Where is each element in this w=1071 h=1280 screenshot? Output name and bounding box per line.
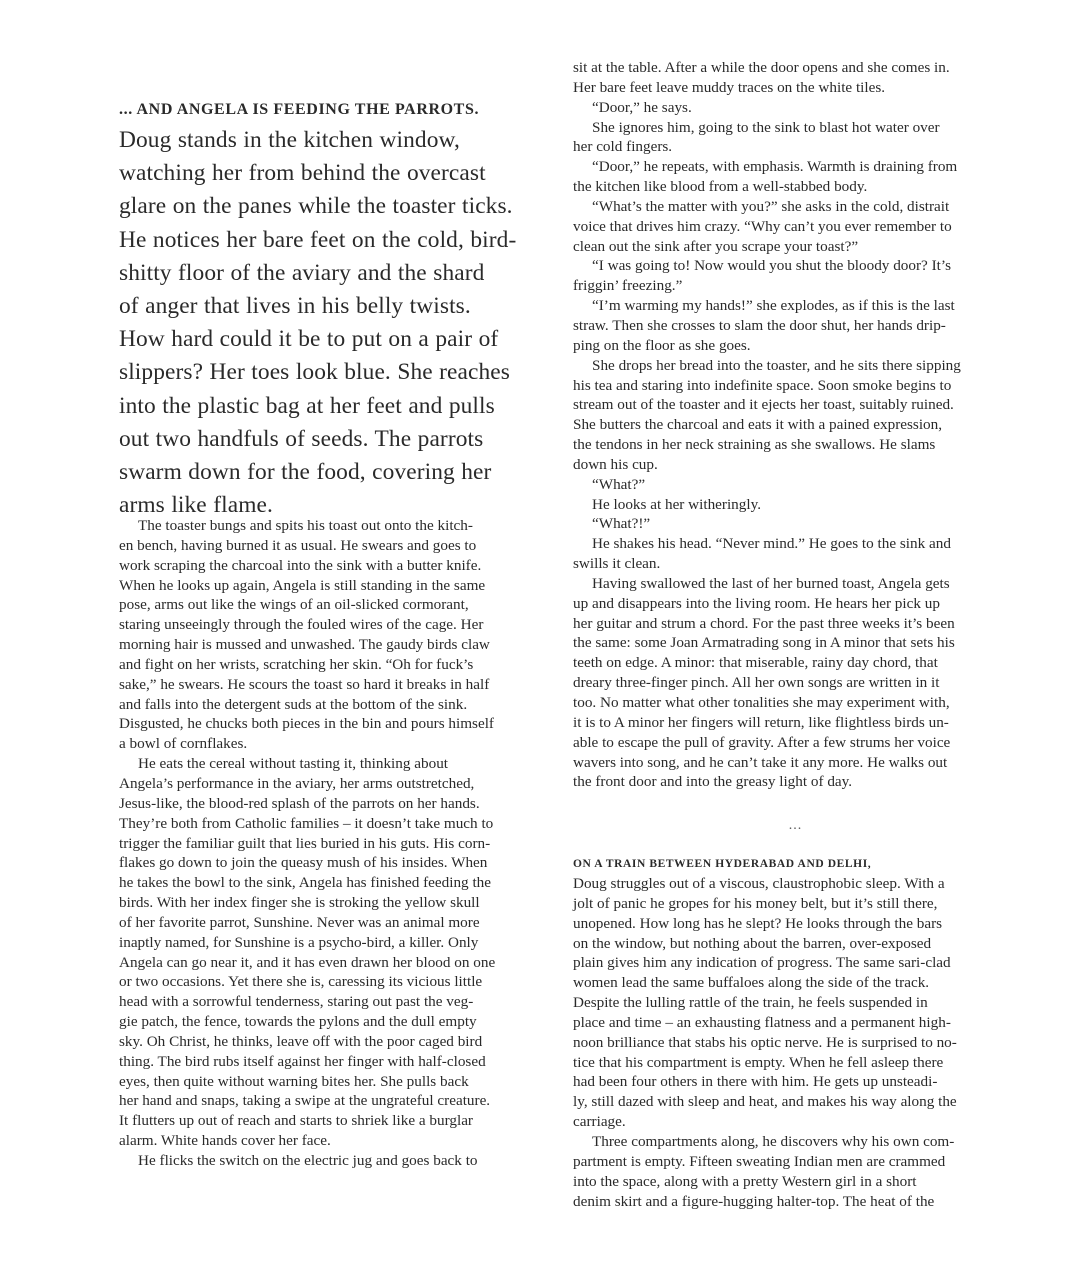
- text-line: Three compartments along, he discovers w…: [573, 1132, 1018, 1152]
- text-line: “What’s the matter with you?” she asks i…: [573, 197, 1018, 217]
- paragraph: “What?!”: [573, 514, 1018, 534]
- text-line: noon brilliance that stabs his optic ner…: [573, 1033, 1018, 1053]
- paragraph: “I was going to! Now would you shut the …: [573, 256, 1018, 296]
- text-line: unopened. How long has he slept? He look…: [573, 914, 1018, 934]
- intro-line: watching her from behind the overcast: [119, 157, 549, 190]
- text-line: They’re both from Catholic families – it…: [119, 814, 549, 834]
- intro-line: Doug stands in the kitchen window,: [119, 124, 549, 157]
- text-line: gie patch, the fence, towards the pylons…: [119, 1012, 549, 1032]
- text-line: sake,” he swears. He scours the toast so…: [119, 675, 549, 695]
- paragraph: Having swallowed the last of her burned …: [573, 574, 1018, 792]
- text-line: a bowl of cornflakes.: [119, 734, 549, 754]
- text-line: work scraping the charcoal into the sink…: [119, 556, 549, 576]
- text-line: Disgusted, he chucks both pieces in the …: [119, 714, 549, 734]
- section-body-text: Doug struggles out of a viscous, claustr…: [573, 874, 1018, 1211]
- text-line: morning hair is mussed and unwashed. The…: [119, 635, 549, 655]
- text-line: her hand and snaps, taking a swipe at th…: [119, 1091, 549, 1111]
- text-line: ly, still dazed with sleep and heat, and…: [573, 1092, 1018, 1112]
- text-line: sit at the table. After a while the door…: [573, 58, 1018, 78]
- text-line: carriage.: [573, 1112, 1018, 1132]
- intro-line: slippers? Her toes look blue. She reache…: [119, 356, 549, 389]
- text-line: eyes, then quite without warning bites h…: [119, 1072, 549, 1092]
- text-line: women lead the same buffaloes along the …: [573, 973, 1018, 993]
- text-line: “What?”: [573, 475, 1018, 495]
- text-line: “What?!”: [573, 514, 1018, 534]
- intro-line: shitty floor of the aviary and the shard: [119, 257, 549, 290]
- paragraph: She drops her bread into the toaster, an…: [573, 356, 1018, 475]
- text-line: He looks at her witheringly.: [573, 495, 1018, 515]
- text-line: clean out the sink after you scrape your…: [573, 237, 1018, 257]
- text-line: He shakes his head. “Never mind.” He goe…: [573, 534, 1018, 554]
- text-line: plain gives him any indication of progre…: [573, 953, 1018, 973]
- text-line: sky. Oh Christ, he thinks, leave off wit…: [119, 1032, 549, 1052]
- text-line: voice that drives him crazy. “Why can’t …: [573, 217, 1018, 237]
- paragraph: “What?”: [573, 475, 1018, 495]
- text-line: She butters the charcoal and eats it wit…: [573, 415, 1018, 435]
- text-line: into the space, along with a pretty West…: [573, 1172, 1018, 1192]
- paragraph-continued: sit at the table. After a while the door…: [573, 58, 1018, 98]
- paragraph: “Door,” he says.: [573, 98, 1018, 118]
- intro-paragraph: Doug stands in the kitchen window, watch…: [119, 124, 549, 522]
- text-line: friggin’ freezing.”: [573, 276, 1018, 296]
- text-line: Having swallowed the last of her burned …: [573, 574, 1018, 594]
- text-line: “I’m warming my hands!” she explodes, as…: [573, 296, 1018, 316]
- book-page-spread: ... AND ANGELA IS FEEDING THE PARROTS. D…: [0, 0, 1071, 1280]
- text-line: wavers into song, and he can’t take it a…: [573, 753, 1018, 773]
- text-line: birds. With her index finger she is stro…: [119, 893, 549, 913]
- text-line: flakes go down to join the queasy mush o…: [119, 853, 549, 873]
- paragraph: He eats the cereal without tasting it, t…: [119, 754, 549, 1151]
- text-line: He flicks the switch on the electric jug…: [119, 1151, 549, 1171]
- text-line: too. No matter what other tonalities she…: [573, 693, 1018, 713]
- text-line: it is to A minor her fingers will return…: [573, 713, 1018, 733]
- text-line: thing. The bird rubs itself against her …: [119, 1052, 549, 1072]
- paragraph: He looks at her witheringly.: [573, 495, 1018, 515]
- text-line: had been four others in there with him. …: [573, 1072, 1018, 1092]
- text-line: “I was going to! Now would you shut the …: [573, 256, 1018, 276]
- text-line: alarm. White hands cover her face.: [119, 1131, 549, 1151]
- text-line: her cold fingers.: [573, 137, 1018, 157]
- text-line: the tendons in her neck straining as she…: [573, 435, 1018, 455]
- intro-line: How hard could it be to put on a pair of: [119, 323, 549, 356]
- text-line: up and disappears into the living room. …: [573, 594, 1018, 614]
- paragraph: “I’m warming my hands!” she explodes, as…: [573, 296, 1018, 356]
- text-line: the front door and into the greasy light…: [573, 772, 1018, 792]
- intro-line: He notices her bare feet on the cold, bi…: [119, 224, 549, 257]
- intro-line: swarm down for the food, covering her: [119, 456, 549, 489]
- text-line: he takes the bowl to the sink, Angela ha…: [119, 873, 549, 893]
- text-line: of her favorite parrot, Sunshine. Never …: [119, 913, 549, 933]
- intro-line: into the plastic bag at her feet and pul…: [119, 390, 549, 423]
- text-line: Her bare feet leave muddy traces on the …: [573, 78, 1018, 98]
- paragraph-continued: Doug struggles out of a viscous, claustr…: [573, 874, 1018, 1132]
- text-line: her guitar and strum a chord. For the pa…: [573, 614, 1018, 634]
- text-line: straw. Then she crosses to slam the door…: [573, 316, 1018, 336]
- paragraph: He flicks the switch on the electric jug…: [119, 1151, 549, 1171]
- section-break-ornament: ...: [573, 818, 1018, 834]
- text-line: and falls into the detergent suds at the…: [119, 695, 549, 715]
- text-line: When he looks up again, Angela is still …: [119, 576, 549, 596]
- text-line: The toaster bungs and spits his toast ou…: [119, 516, 549, 536]
- text-line: swills it clean.: [573, 554, 1018, 574]
- text-line: head with a sorrowful tenderness, starin…: [119, 992, 549, 1012]
- text-line: the kitchen like blood from a well-stabb…: [573, 177, 1018, 197]
- text-line: denim skirt and a figure-hugging halter-…: [573, 1192, 1018, 1212]
- text-line: pose, arms out like the wings of an oil-…: [119, 595, 549, 615]
- left-body-text: The toaster bungs and spits his toast ou…: [119, 516, 549, 1171]
- text-line: partment is empty. Fifteen sweating Indi…: [573, 1152, 1018, 1172]
- text-line: “Door,” he says.: [573, 98, 1018, 118]
- intro-line: glare on the panes while the toaster tic…: [119, 190, 549, 223]
- text-line: She ignores him, going to the sink to bl…: [573, 118, 1018, 138]
- paragraph: “Door,” he repeats, with emphasis. Warmt…: [573, 157, 1018, 197]
- paragraph: The toaster bungs and spits his toast ou…: [119, 516, 549, 754]
- paragraph: “What’s the matter with you?” she asks i…: [573, 197, 1018, 257]
- text-line: It flutters up out of reach and starts t…: [119, 1111, 549, 1131]
- text-line: and fight on her wrists, scratching her …: [119, 655, 549, 675]
- paragraph: He shakes his head. “Never mind.” He goe…: [573, 534, 1018, 574]
- text-line: stream out of the toaster and it ejects …: [573, 395, 1018, 415]
- text-line: ping on the floor as she goes.: [573, 336, 1018, 356]
- text-line: Doug struggles out of a viscous, claustr…: [573, 874, 1018, 894]
- paragraph: She ignores him, going to the sink to bl…: [573, 118, 1018, 158]
- text-line: Despite the lulling rattle of the train,…: [573, 993, 1018, 1013]
- text-line: teeth on edge. A minor: that miserable, …: [573, 653, 1018, 673]
- text-line: down his cup.: [573, 455, 1018, 475]
- text-line: staring unseeingly through the fouled wi…: [119, 615, 549, 635]
- text-line: “Door,” he repeats, with emphasis. Warmt…: [573, 157, 1018, 177]
- intro-line: of anger that lives in his belly twists.: [119, 290, 549, 323]
- text-line: on the window, but nothing about the bar…: [573, 934, 1018, 954]
- section-heading: ON A TRAIN BETWEEN HYDERABAD AND DELHI,: [573, 856, 871, 872]
- text-line: tice that his compartment is empty. When…: [573, 1053, 1018, 1073]
- text-line: able to escape the pull of gravity. Afte…: [573, 733, 1018, 753]
- text-line: trigger the familiar guilt that lies bur…: [119, 834, 549, 854]
- text-line: Jesus-like, the blood-red splash of the …: [119, 794, 549, 814]
- text-line: jolt of panic he gropes for his money be…: [573, 894, 1018, 914]
- section-heading: ... AND ANGELA IS FEEDING THE PARROTS.: [119, 100, 479, 120]
- text-line: the same: some Joan Armatrading song in …: [573, 633, 1018, 653]
- text-line: She drops her bread into the toaster, an…: [573, 356, 1018, 376]
- text-line: Angela’s performance in the aviary, her …: [119, 774, 549, 794]
- text-line: He eats the cereal without tasting it, t…: [119, 754, 549, 774]
- text-line: en bench, having burned it as usual. He …: [119, 536, 549, 556]
- text-line: or two occasions. Yet there she is, care…: [119, 972, 549, 992]
- text-line: inaptly named, for Sunshine is a psycho-…: [119, 933, 549, 953]
- paragraph: Three compartments along, he discovers w…: [573, 1132, 1018, 1211]
- intro-line: out two handfuls of seeds. The parrots: [119, 423, 549, 456]
- text-line: place and time – an exhausting flatness …: [573, 1013, 1018, 1033]
- right-body-text: sit at the table. After a while the door…: [573, 58, 1018, 792]
- text-line: Angela can go near it, and it has even d…: [119, 953, 549, 973]
- text-line: his tea and staring into indefinite spac…: [573, 376, 1018, 396]
- text-line: dreary three-finger pinch. All her own s…: [573, 673, 1018, 693]
